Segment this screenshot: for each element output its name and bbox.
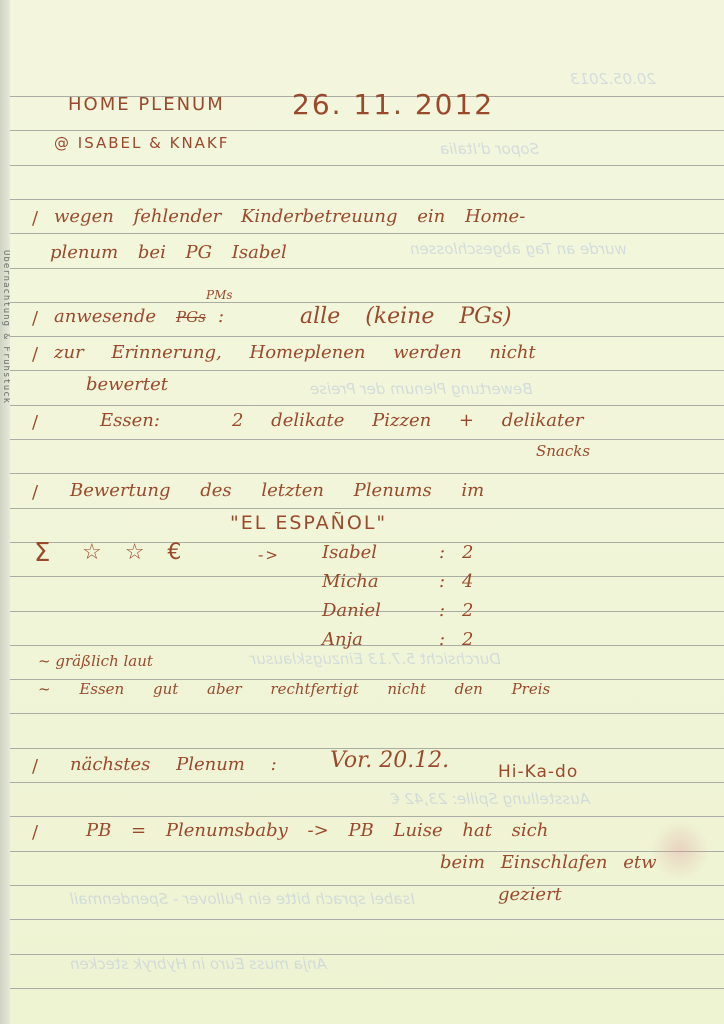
note-location: @ ISABEL & KNAKF [54, 134, 229, 152]
ruled-line [10, 302, 724, 303]
bullet-tick: / [32, 756, 38, 777]
colon: : [218, 306, 224, 327]
ruled-line [10, 370, 724, 371]
pb-text: PB = Plenumsbaby -> PB Luise hat sich [86, 820, 548, 841]
note-date: 26. 11. 2012 [292, 88, 494, 121]
ink-stain [650, 820, 710, 880]
score-row: Anja:2 [322, 629, 473, 650]
bleed-through-mark: Bewertung Plenum der Preise [310, 380, 533, 398]
score-colon: : [422, 629, 462, 650]
score-colon: : [422, 542, 462, 563]
food-text: Snacks [536, 442, 590, 460]
pb-text: geziert [498, 884, 562, 905]
bleed-through-mark: wurde an Tag abgeschlossen [410, 240, 627, 258]
item-text: plenum bei PG Isabel [50, 242, 287, 263]
bullet-tick: / [32, 412, 38, 433]
score-name: Anja [322, 629, 422, 650]
ruled-line [10, 885, 724, 886]
ruled-line [10, 439, 724, 440]
correction-text: PMs [206, 288, 233, 302]
ruled-line [10, 816, 724, 817]
notebook-page: 20.05.2013 Sopor d'Italia wurde an Tag a… [10, 0, 724, 1024]
comment: ~ gräßlich laut [38, 652, 153, 670]
bleed-through-mark: Anja muss Euro in Hybryk stecken [70, 955, 327, 973]
item-text: Bewertung des letzten Plenums im [70, 480, 484, 501]
food-label: Essen: [100, 410, 160, 431]
bullet-tick: / [32, 822, 38, 843]
ruled-line [10, 130, 724, 131]
score-name: Isabel [322, 542, 422, 563]
score-name: Daniel [322, 600, 422, 621]
bleed-through-mark: Ausstellung Spille: 23,42 € [390, 790, 590, 808]
score-value: 2 [462, 542, 473, 563]
next-plenum-date: Vor. 20.12. [330, 748, 449, 773]
ruled-line [10, 782, 724, 783]
bleed-through-mark: Sopor d'Italia [440, 140, 539, 158]
struck-text: PGs [176, 308, 206, 326]
next-plenum-label: nächstes Plenum : [70, 754, 277, 775]
ruled-line [10, 713, 724, 714]
score-value: 4 [462, 571, 473, 592]
ruled-line [10, 199, 724, 200]
ruled-line [10, 473, 724, 474]
attendees-label: anwesende [54, 306, 156, 327]
sum-symbol: Σ [34, 538, 52, 568]
ruled-line [10, 233, 724, 234]
score-colon: : [422, 600, 462, 621]
score-row: Micha:4 [322, 571, 473, 592]
item-text: zur Erinnerung, Homeplenen werden nicht [54, 342, 536, 363]
notebook-binding: Übernachtung & Frühstück [0, 0, 10, 1024]
next-plenum-place: Hi-Ka-do [498, 762, 578, 782]
bullet-tick: / [32, 308, 38, 329]
ruled-line [10, 336, 724, 337]
ruled-line [10, 508, 724, 509]
bullet-tick: / [32, 482, 38, 503]
restaurant-name: "EL ESPAÑOL" [230, 512, 387, 534]
food-text: 2 delikate Pizzen + delikater [232, 410, 584, 431]
bleed-through-mark: Isabel sprach bitte ein Pullover - Spend… [70, 890, 415, 908]
bullet-tick: / [32, 208, 38, 229]
note-title: HOME PLENUM [68, 94, 225, 115]
score-row: Daniel:2 [322, 600, 473, 621]
item-text: wegen fehlender Kinderbetreuung ein Home… [54, 206, 525, 227]
score-value: 2 [462, 600, 473, 621]
score-row: Isabel:2 [322, 542, 473, 563]
score-colon: : [422, 571, 462, 592]
item-text: bewertet [86, 374, 168, 395]
ruled-line [10, 988, 724, 989]
arrow-icon: -> [258, 546, 280, 564]
bleed-through-mark: 20.05.2013 [570, 70, 656, 88]
comment: ~ Essen gut aber rechtfertigt nicht den … [38, 680, 550, 698]
ruled-line [10, 268, 724, 269]
bleed-through-mark: Durchsicht 5.7.13 Einzugsklausur [250, 650, 501, 668]
ruled-line [10, 919, 724, 920]
ruled-line [10, 165, 724, 166]
star-rating-icons: ☆ ☆ € [82, 540, 189, 565]
pb-text: beim Einschlafen etw [440, 852, 657, 873]
attendees-value: alle (keine PGs) [300, 304, 512, 329]
score-name: Micha [322, 571, 422, 592]
ruled-line [10, 405, 724, 406]
bullet-tick: / [32, 344, 38, 365]
score-value: 2 [462, 629, 473, 650]
